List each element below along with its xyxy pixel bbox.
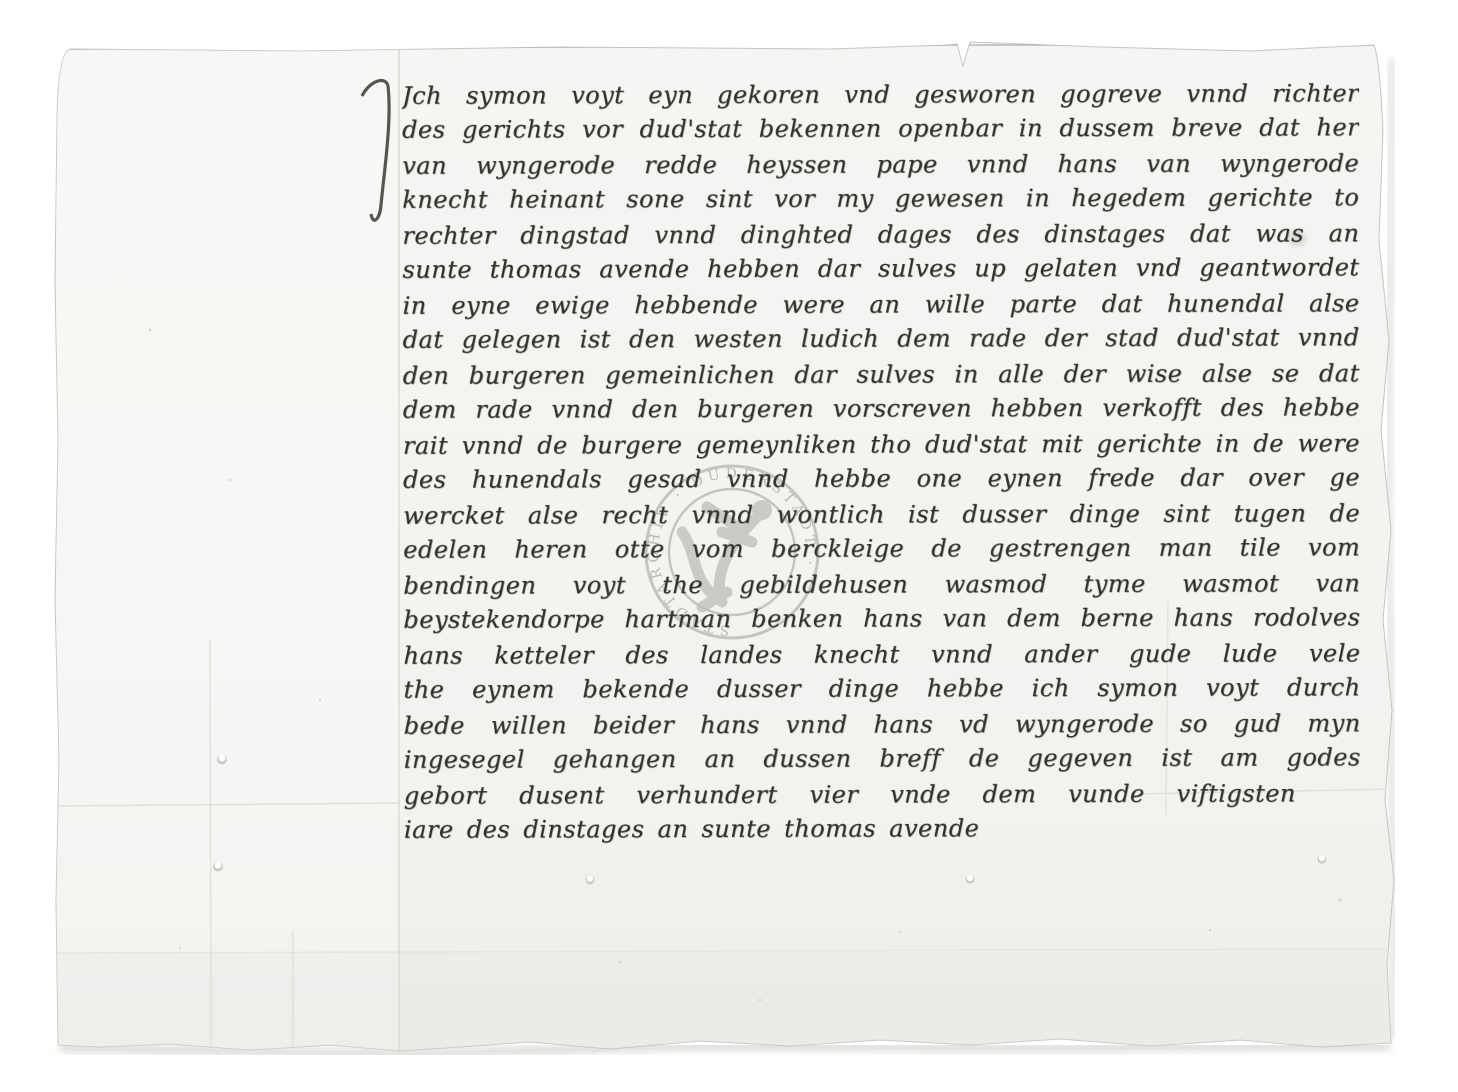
- document-scan: STADTARCHIV · DUDERSTADT ·: [0, 0, 1458, 1092]
- manuscript-line: bendingen voyt the gebildehusen wasmod t…: [403, 566, 1361, 604]
- manuscript-line: rechter dingstad vnnd dinghted dages des…: [402, 216, 1360, 254]
- manuscript-line: in eyne ewige hebbende were an wille par…: [402, 286, 1360, 324]
- bottom-fold-band: [56, 952, 1396, 1052]
- manuscript-line: gebort dusent verhundert vier vnde dem v…: [404, 777, 1297, 814]
- manuscript-line: dem rade vnnd den burgeren vorscreven he…: [403, 390, 1360, 428]
- manuscript-line: knecht heinant sone sint vor my gewesen …: [402, 180, 1359, 218]
- text-block: Jch symon voyt eyn gekoren vnd gesworen …: [402, 76, 1361, 849]
- manuscript-line: rait vnnd de burgere gemeynliken tho dud…: [403, 426, 1361, 464]
- manuscript-line: iare des dinstages an sunte thomas avend…: [404, 811, 1044, 848]
- manuscript-line: wercket alse recht vnnd wontlich ist dus…: [403, 496, 1361, 534]
- vertical-crease: [210, 640, 211, 1047]
- left-fold-panel: [56, 45, 399, 1055]
- worm-hole: [1318, 855, 1327, 864]
- manuscript-line: sunte thomas avende hebben dar sulves up…: [402, 250, 1359, 288]
- manuscript-line: the eynem bekende dusser dinge hebbe ich…: [403, 670, 1360, 708]
- manuscript-line: edelen heren otte vom berckleige de gest…: [403, 530, 1360, 568]
- manuscript-line: des hunendals gesad vnnd hebbe one eynen…: [403, 460, 1360, 498]
- manuscript-line: beystekendorpe hartman benken hans van d…: [403, 600, 1360, 638]
- manuscript-line: Jch symon voyt eyn gekoren vnd gesworen …: [402, 76, 1360, 114]
- manuscript-line: den burgeren gemeinlichen dar sulves in …: [403, 356, 1361, 394]
- worm-hole: [966, 875, 975, 884]
- manuscript-line: hans ketteler des landes knecht vnnd and…: [403, 636, 1361, 674]
- manuscript-line: dat gelegen ist den westen ludich dem ra…: [403, 320, 1360, 358]
- manuscript-line: van wyngerode redde heyssen pape vnnd ha…: [402, 146, 1360, 184]
- manuscript-line: ingesegel gehangen an dussen breff de ge…: [404, 740, 1361, 778]
- manuscript-line: bede willen beider hans vnnd hans vd wyn…: [403, 706, 1361, 744]
- manuscript-line: des gerichts vor dud'stat bekennen openb…: [402, 110, 1359, 148]
- worm-hole: [586, 876, 595, 885]
